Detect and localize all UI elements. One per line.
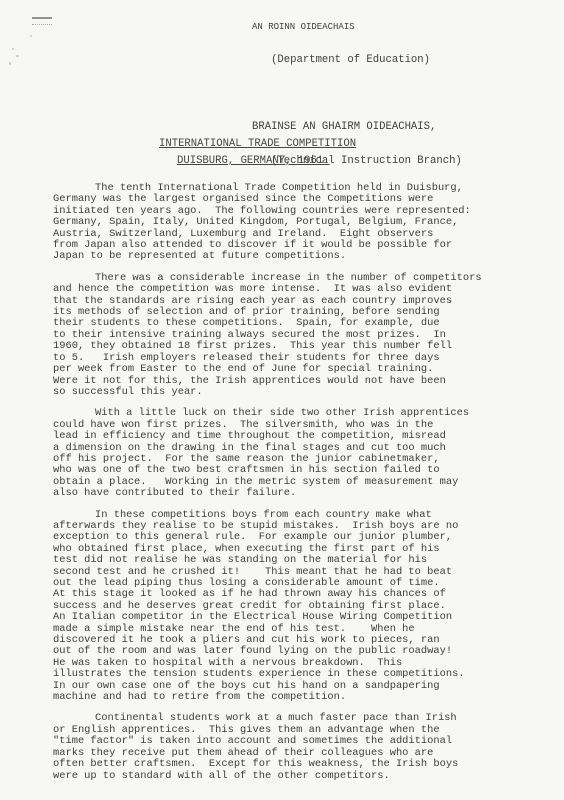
letterhead-irish-branch: BRAINSE AN GHAIRM OIDEACHAIS, (252, 122, 462, 134)
paragraph-4: In these competitions boys from each cou… (53, 510, 482, 704)
document-page: AN ROINN OIDEACHAIS (Department of Educa… (0, 0, 564, 800)
text-line: illustrates the tension students experie… (53, 669, 482, 680)
text-line: test did not realise he was standing on … (53, 555, 482, 566)
text-line: per week from Easter to the end of June … (53, 364, 482, 375)
text-line: With a little luck on their side two oth… (53, 408, 482, 419)
paragraph-1: The tenth International Trade Competitio… (53, 183, 482, 263)
text-line: and hence the competition was more inten… (53, 284, 482, 295)
text-line: often better craftsmen. Except for this … (53, 759, 482, 770)
text-line: 1960, they obtained 18 first prizes. Thi… (53, 341, 482, 352)
speck (30, 35, 32, 37)
spacer (252, 90, 462, 99)
text-line: lead in efficiency and time throughout t… (53, 431, 482, 442)
text-line: Japan to be represented at future compet… (53, 251, 482, 262)
stamp-mark (32, 17, 52, 25)
speck (16, 55, 19, 57)
paragraph-2: There was a considerable increase in the… (53, 273, 482, 398)
text-line: so successful this year. (53, 387, 482, 398)
title-line-1: INTERNATIONAL TRADE COMPETITION (0, 136, 564, 153)
paragraph-5: Continental students work at a much fast… (53, 713, 482, 781)
text-line: machine and had to retire from the compe… (53, 692, 482, 703)
text-line: "time factor" is taken into account and … (53, 736, 482, 747)
text-line: also have contributed to their failure. (53, 488, 482, 499)
paragraph-3: With a little luck on their side two oth… (53, 408, 482, 499)
speck (12, 48, 14, 50)
speck (9, 62, 11, 65)
document-title: INTERNATIONAL TRADE COMPETITION DUISBURG… (0, 136, 564, 170)
letterhead-english-dept: (Department of Education) (252, 55, 462, 67)
title-line-2: DUISBURG, GERMANY, 1961. (0, 153, 564, 170)
text-line: Germany, Spain, Italy, United Kingdom, P… (53, 217, 482, 228)
document-body: The tenth International Trade Competitio… (53, 183, 482, 792)
letterhead-irish-dept: AN ROINN OIDEACHAIS (252, 23, 462, 32)
text-line: An Italian competitor in the Electrical … (53, 612, 482, 623)
text-line: were up to standard with all of the othe… (53, 771, 482, 782)
